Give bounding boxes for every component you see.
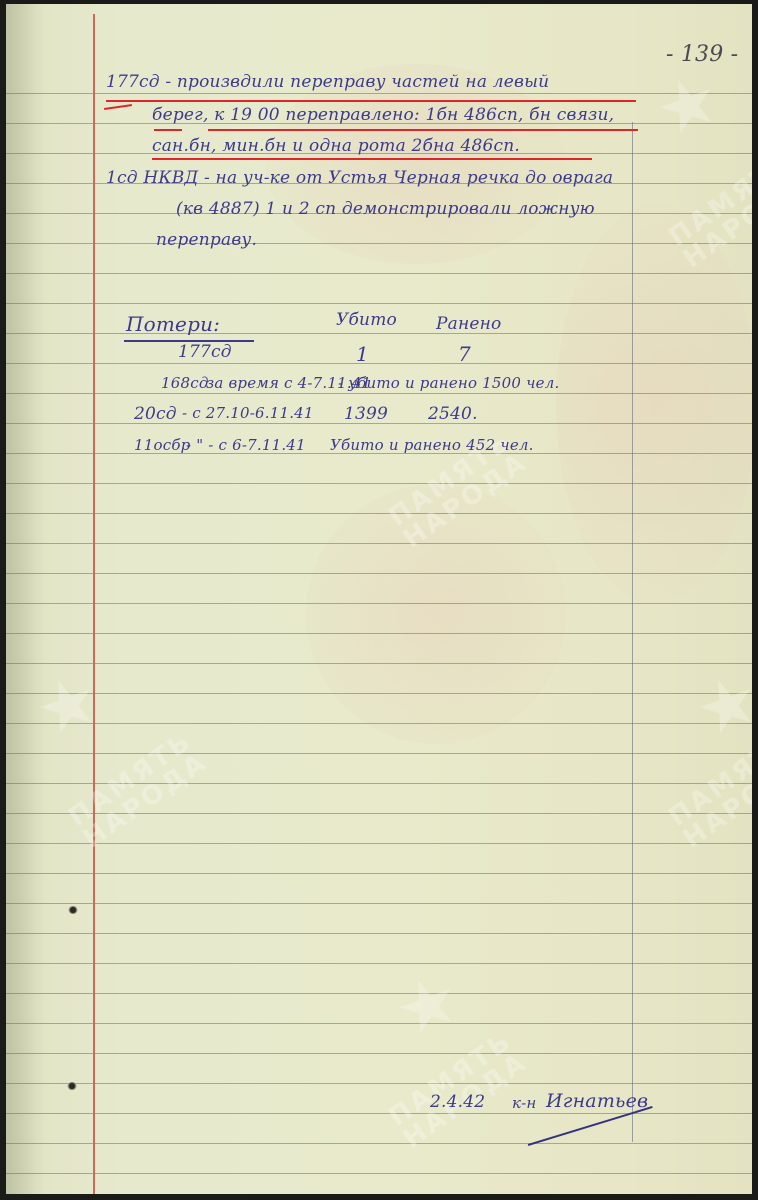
signatory-rank: к-н	[512, 1094, 537, 1112]
ruled-line	[6, 603, 752, 604]
signature: Игнатьев	[546, 1090, 648, 1112]
loss-killed: 1399	[344, 404, 388, 424]
paragraph-2-line-1: 1сд НКВД - на уч-ке от Устья Черная речк…	[106, 168, 613, 188]
watermark-star-icon: ★	[384, 956, 471, 1055]
page-number: - 139 -	[666, 42, 738, 67]
red-underline	[104, 104, 132, 110]
ruled-line	[6, 1053, 752, 1054]
ruled-line	[6, 273, 752, 274]
ruled-line	[6, 543, 752, 544]
ruled-line	[6, 933, 752, 934]
ruled-line	[6, 843, 752, 844]
red-underline	[106, 100, 636, 102]
ruled-line	[6, 633, 752, 634]
loss-unit: 168сд	[161, 374, 209, 392]
watermark: ПАМЯТЬ НАРОДА	[64, 727, 212, 852]
right-margin-line	[632, 122, 633, 1142]
ruled-line	[6, 873, 752, 874]
loss-note: - убито и ранено 1500 чел.	[338, 374, 559, 392]
ruled-line	[6, 783, 752, 784]
loss-period: - с 27.10-6.11.41	[182, 404, 314, 422]
signature-date: 2.4.42	[430, 1092, 485, 1112]
loss-unit: 20сд	[134, 404, 177, 424]
ruled-line	[6, 333, 752, 334]
ruled-line	[6, 1083, 752, 1084]
ruled-line	[6, 1113, 752, 1114]
red-underline	[152, 158, 592, 160]
ruled-line	[6, 483, 752, 484]
loss-period: - " - с 6-7.11.41	[186, 436, 306, 454]
ruled-line	[6, 363, 752, 364]
loss-killed: 1	[356, 342, 369, 366]
ruled-line	[6, 573, 752, 574]
paragraph-2-line-3: переправу.	[156, 230, 257, 250]
punch-hole	[68, 906, 78, 914]
watermark-star-icon: ★	[644, 56, 731, 155]
watermark-star-icon: ★	[684, 656, 752, 755]
paper-stain	[306, 484, 566, 744]
ruled-line	[6, 993, 752, 994]
watermark-star-icon: ★	[24, 656, 111, 755]
ruled-line	[6, 903, 752, 904]
red-underline	[208, 129, 638, 131]
ruled-line	[6, 663, 752, 664]
loss-note: Убито и ранено 452 чел.	[330, 436, 534, 454]
ruled-line	[6, 753, 752, 754]
red-underline	[154, 129, 182, 131]
ruled-line	[6, 303, 752, 304]
loss-wounded: 7	[458, 342, 471, 366]
ruled-line	[6, 1143, 752, 1144]
ruled-line	[6, 963, 752, 964]
archive-page: ★ ПАМЯТЬ НАРОДА ПАМЯТЬ НАРОДА ★ ПАМЯТЬ Н…	[6, 4, 752, 1194]
loss-unit: 177сд	[178, 342, 232, 362]
ruled-line	[6, 393, 752, 394]
red-margin-line	[93, 14, 95, 1194]
ruled-line	[6, 813, 752, 814]
loss-wounded: 2540.	[428, 404, 478, 424]
losses-col-killed: Убито	[336, 310, 397, 330]
paper-stain	[556, 204, 752, 604]
losses-title: Потери:	[126, 312, 220, 336]
ruled-line	[6, 723, 752, 724]
ruled-line	[6, 693, 752, 694]
paragraph-1-line-1: 177сд - произвдили переправу частей на л…	[106, 72, 549, 92]
paragraph-1-line-2: берег, к 19 00 переправлено: 1бн 486сп, …	[152, 105, 614, 125]
losses-col-wounded: Ранено	[436, 314, 501, 334]
paper-stain	[266, 64, 566, 264]
ruled-line	[6, 243, 752, 244]
ruled-line	[6, 1023, 752, 1024]
paragraph-2-line-2: (кв 4887) 1 и 2 сп демонстрировали ложну…	[176, 199, 595, 219]
paragraph-1-line-3: сан.бн, мин.бн и одна рота 2бна 486сп.	[152, 136, 520, 156]
loss-unit: 11осбр	[134, 436, 190, 454]
watermark: ПАМЯТЬ НАРОДА	[384, 1027, 532, 1152]
ruled-line	[6, 93, 752, 94]
ruled-line	[6, 1173, 752, 1174]
punch-hole	[67, 1082, 77, 1090]
ruled-line	[6, 513, 752, 514]
